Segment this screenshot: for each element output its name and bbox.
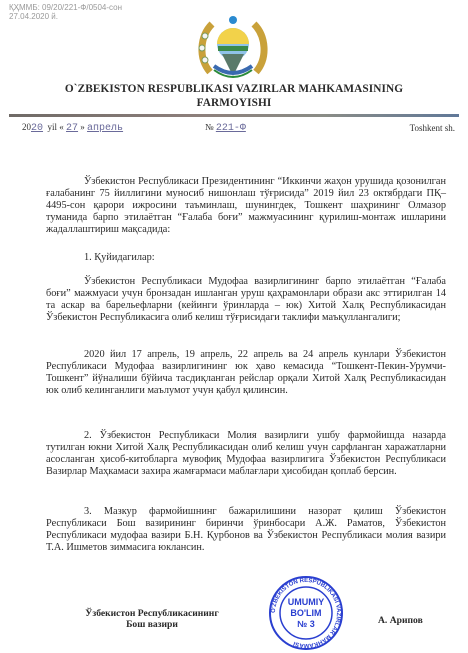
date-field: 2020 yil « 27 » апрель: [22, 122, 123, 134]
svg-text:№ 3: № 3: [297, 619, 315, 629]
document-subtitle: FARMOYISHI: [0, 97, 468, 109]
item-1-paragraph-2: 2020 йил 17 апрель, 19 апрель, 22 апрель…: [46, 349, 446, 397]
state-emblem-icon: [196, 14, 270, 82]
year-value: 20: [31, 123, 43, 134]
signatory-name: А. Арипов: [378, 615, 423, 626]
month-value: апрель: [87, 123, 123, 134]
item-1-heading: 1. Қуйидагилар:: [46, 252, 446, 264]
official-stamp-icon: O'ZBEKISTON RESPUBLIKASI VAZIRLAR MAHKAM…: [268, 575, 344, 651]
preamble: Ўзбекистон Республикаси Президентининг “…: [46, 176, 446, 236]
place-of-issue: Toshkent sh.: [410, 123, 455, 133]
item-2: 2. Ўзбекистон Республикаси Молия вазирли…: [46, 430, 446, 478]
number-value: 221-Ф: [216, 123, 246, 134]
registration-number: ҚҲММБ: 09/20/221-Ф/0504-сон: [9, 3, 122, 12]
day-value: 27: [66, 123, 78, 134]
item-1-paragraph-1: Ўзбекистон Республикаси Мудофаа вазирлиг…: [46, 276, 446, 324]
registration-stamp: ҚҲММБ: 09/20/221-Ф/0504-сон 27.04.2020 й…: [9, 3, 122, 21]
item-3: 3. Мазкур фармойишнинг бажарилишини назо…: [46, 506, 446, 554]
registration-date: 27.04.2020 й.: [9, 12, 122, 21]
signatory-position: Ўзбекистон Республикасининг Бош вазири: [72, 608, 232, 630]
svg-text:BO'LIM: BO'LIM: [290, 608, 321, 618]
document-number: № 221-Ф: [205, 122, 246, 134]
svg-text:UMUMIY: UMUMIY: [288, 597, 325, 607]
document-title: O`ZBEKISTON RESPUBLIKASI VAZIRLAR MAHKAM…: [0, 83, 468, 95]
header-divider: [9, 114, 459, 117]
